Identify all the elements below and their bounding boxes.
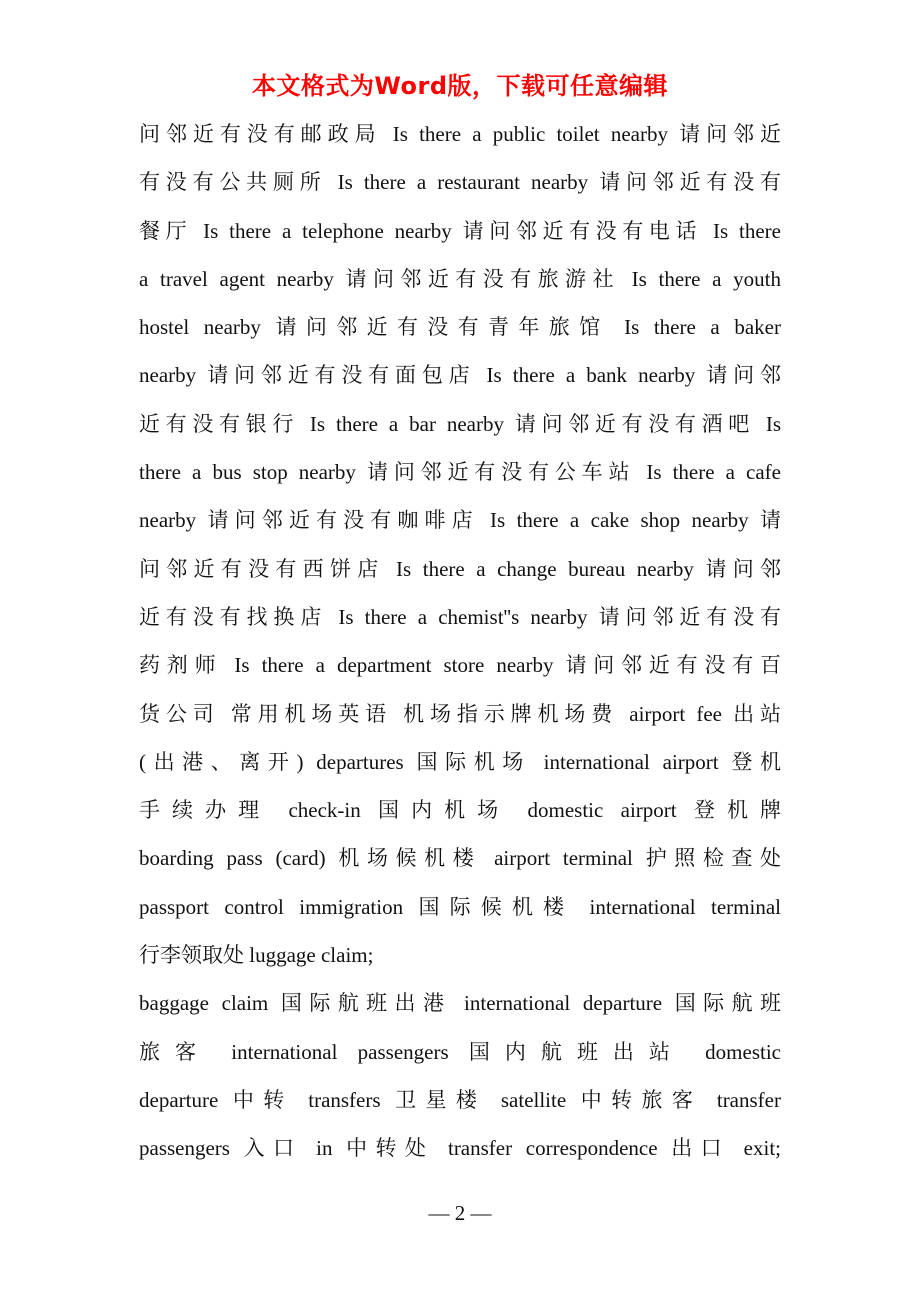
text-line: 问邻近有没有西饼店 Is there a change bureau nearb…: [139, 545, 781, 593]
text-line: 问邻近有没有邮政局 Is there a public toilet nearb…: [139, 110, 781, 158]
text-line: 药剂师 Is there a department store nearby 请…: [139, 641, 781, 689]
text-line: 货公司 常用机场英语 机场指示牌机场费 airport fee 出站: [139, 690, 781, 738]
text-line: 手续办理 check-in 国内机场 domestic airport 登机牌: [139, 786, 781, 834]
text-line: 近有没有银行 Is there a bar nearby 请问邻近有没有酒吧 I…: [139, 400, 781, 448]
document-page: 本文格式为Word版，下载可任意编辑 问邻近有没有邮政局 Is there a …: [0, 0, 920, 1302]
text-line: nearby 请问邻近有没有咖啡店 Is there a cake shop n…: [139, 496, 781, 544]
text-line: passengers 入口 in 中转处 transfer correspond…: [139, 1124, 781, 1172]
text-line: 有没有公共厕所 Is there a restaurant nearby 请问邻…: [139, 158, 781, 206]
text-line: 餐厅 Is there a telephone nearby 请问邻近有没有电话…: [139, 207, 781, 255]
text-line: 行李领取处 luggage claim;: [139, 931, 781, 979]
text-line: nearby 请问邻近有没有面包店 Is there a bank nearby…: [139, 351, 781, 399]
text-line: passport control immigration 国际候机楼 inter…: [139, 883, 781, 931]
text-line: (出港、离开) departures 国际机场 international ai…: [139, 738, 781, 786]
text-line: baggage claim 国际航班出港 international depar…: [139, 979, 781, 1027]
text-line: 近有没有找换店 Is there a chemist''s nearby 请问邻…: [139, 593, 781, 641]
text-line: hostel nearby 请问邻近有没有青年旅馆 Is there a bak…: [139, 303, 781, 351]
text-line: 旅客 international passengers 国内航班出站 domes…: [139, 1028, 781, 1076]
header-banner: 本文格式为Word版，下载可任意编辑: [0, 66, 920, 106]
text-line: there a bus stop nearby 请问邻近有没有公车站 Is th…: [139, 448, 781, 496]
text-line: boarding pass (card) 机场候机楼 airport termi…: [139, 834, 781, 882]
text-line: a travel agent nearby 请问邻近有没有旅游社 Is ther…: [139, 255, 781, 303]
body-text: 问邻近有没有邮政局 Is there a public toilet nearb…: [139, 110, 781, 1173]
text-line: departure 中转 transfers 卫星楼 satellite 中转旅…: [139, 1076, 781, 1124]
page-number: — 2 —: [0, 1198, 920, 1228]
